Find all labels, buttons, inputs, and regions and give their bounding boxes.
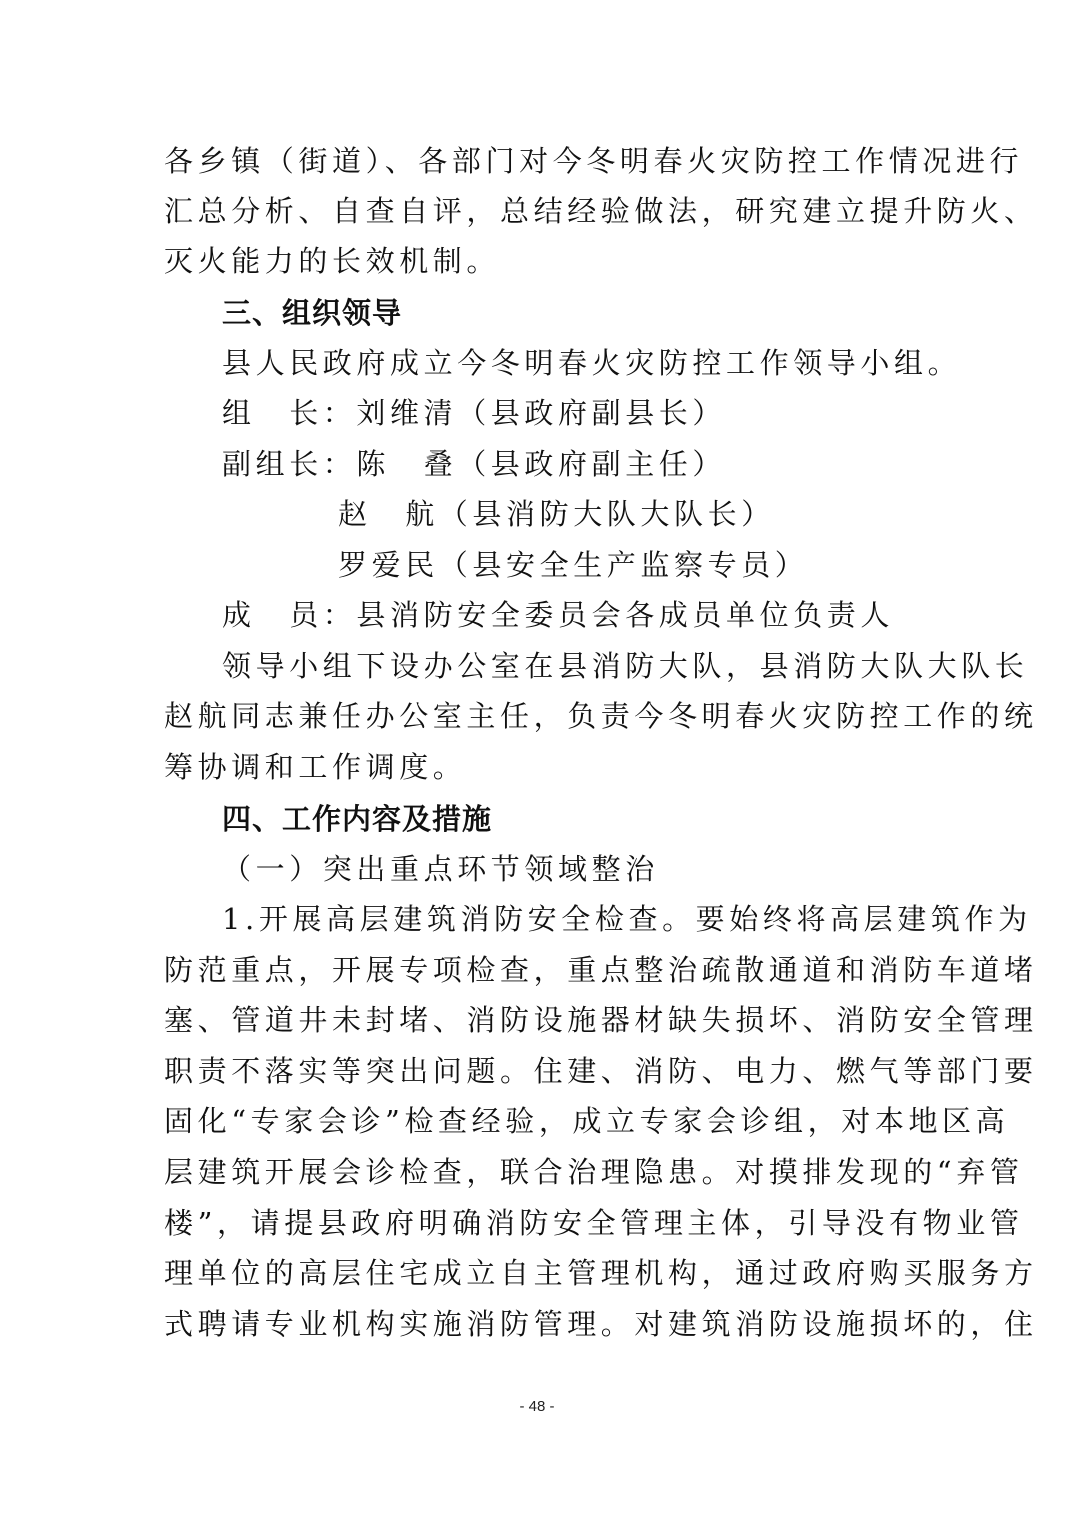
text-line: 罗爱民（县安全生产监察专员） <box>338 547 808 583</box>
text-line: 筹协调和工作调度。 <box>164 749 466 785</box>
text-line: 塞、管道井未封堵、消防设施器材缺失损坏、消防安全管理 <box>164 1002 1038 1038</box>
text-line: 领导小组下设办公室在县消防大队，县消防大队大队长 <box>222 648 1028 684</box>
text-line: 成 员：县消防安全委员会各成员单位负责人 <box>222 597 894 633</box>
text-line: 职责不落实等突出问题。住建、消防、电力、燃气等部门要 <box>164 1053 1038 1089</box>
text-line: 赵 航（县消防大队大队长） <box>338 496 775 532</box>
text-line: 1.开展高层建筑消防安全检查。要始终将高层建筑作为 <box>222 901 1032 937</box>
text-line: （一）突出重点环节领域整治 <box>222 851 659 887</box>
section-heading: 四、工作内容及措施 <box>222 801 492 837</box>
text-line: 理单位的高层住宅成立自主管理机构，通过政府购买服务方 <box>164 1255 1038 1291</box>
section-heading: 三、组织领导 <box>222 295 402 331</box>
page-number: - 48 - <box>0 1398 1074 1415</box>
text-line: 汇总分析、自查自评，总结经验做法，研究建立提升防火、 <box>164 193 1038 229</box>
text-line: 层建筑开展会诊检查，联合治理隐患。对摸排发现的“弃管 <box>164 1154 1023 1190</box>
text-line: 防范重点，开展专项检查，重点整治疏散通道和消防车道堵 <box>164 952 1038 988</box>
text-line: 赵航同志兼任办公室主任，负责今冬明春火灾防控工作的统 <box>164 698 1038 734</box>
text-line: 各乡镇（街道）、各部门对今冬明春火灾防控工作情况进行 <box>164 143 1023 179</box>
text-line: 组 长：刘维清（县政府副县长） <box>222 395 726 431</box>
text-line: 副组长：陈 叠（县政府副主任） <box>222 446 726 482</box>
text-line: 灭火能力的长效机制。 <box>164 243 500 279</box>
text-line: 楼”，请提县政府明确消防安全管理主体，引导没有物业管 <box>164 1205 1023 1241</box>
text-line: 县人民政府成立今冬明春火灾防控工作领导小组。 <box>222 345 961 381</box>
document-page: 各乡镇（街道）、各部门对今冬明春火灾防控工作情况进行汇总分析、自查自评，总结经验… <box>0 0 1074 1520</box>
text-line: 式聘请专业机构实施消防管理。对建筑消防设施损坏的，住 <box>164 1306 1038 1342</box>
text-line: 固化“专家会诊”检查经验，成立专家会诊组，对本地区高 <box>164 1103 1009 1139</box>
